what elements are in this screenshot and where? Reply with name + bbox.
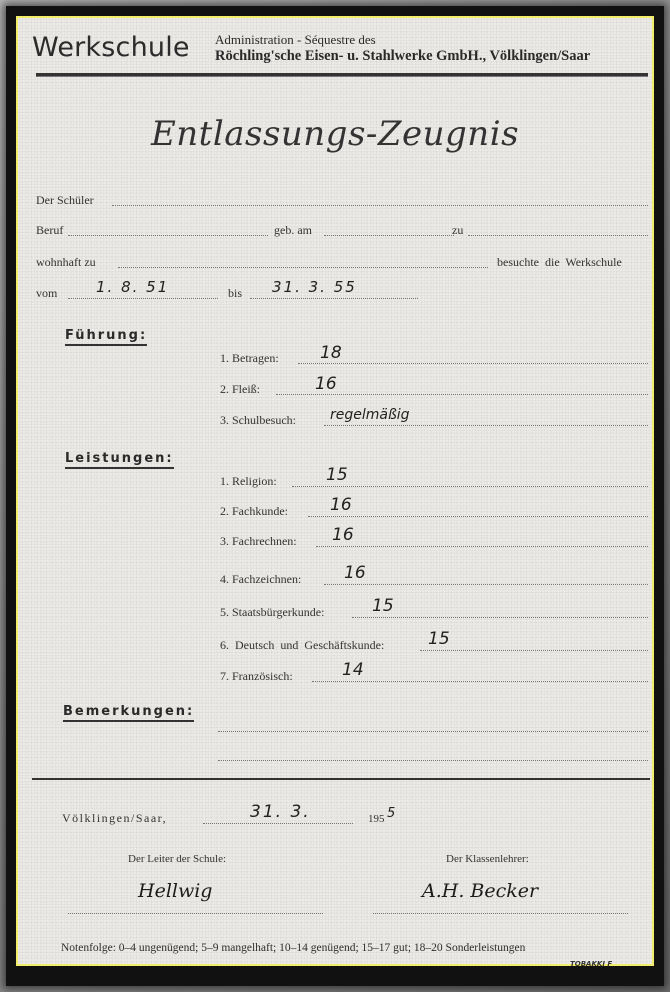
header-rule	[36, 73, 648, 77]
fuehrung-item-value: 18	[320, 343, 342, 363]
date-field[interactable]	[203, 823, 353, 824]
fuehrung-item-value: 16	[315, 374, 337, 394]
leistungen-item-label: 6. Deutsch und Geschäftskunde:	[220, 638, 384, 653]
place-label: Völklingen/Saar,	[62, 811, 167, 826]
wohnhaft-field[interactable]	[118, 267, 488, 268]
schueler-field[interactable]	[112, 205, 648, 206]
header-admin-line: Administration - Séquestre des	[215, 32, 376, 48]
printer-mark: TOBAKKI F	[570, 960, 612, 968]
leistungen-item-value: 16	[344, 563, 366, 583]
vom-label: vom	[36, 286, 57, 301]
fuehrung-item-label: 2. Fleiß:	[220, 382, 260, 397]
leistungen-item-label: 1. Religion:	[220, 474, 277, 489]
leistungen-item-field[interactable]	[316, 546, 648, 547]
document-title: Entlassungs-Zeugnis	[18, 114, 652, 154]
leistungen-item-value: 15	[372, 596, 394, 616]
leistungen-item-value: 16	[330, 495, 352, 515]
date-value: 31. 3.	[250, 802, 311, 822]
leistungen-item-value: 15	[428, 629, 450, 649]
school-head-label: Der Leiter der Schule:	[128, 853, 226, 865]
leistungen-item-field[interactable]	[308, 516, 648, 517]
beruf-label: Beruf	[36, 223, 63, 238]
class-teacher-signature-line	[373, 913, 628, 914]
fuehrung-item-field[interactable]	[298, 363, 648, 364]
leistungen-item-label: 7. Französisch:	[220, 669, 293, 684]
bemerkungen-line[interactable]	[218, 731, 648, 732]
leistungen-item-value: 14	[342, 660, 364, 680]
header-company-line: Röchling'sche Eisen- u. Stahlwerke GmbH.…	[215, 48, 590, 65]
bis-label: bis	[228, 286, 242, 301]
class-teacher-signature: A.H. Becker	[422, 880, 538, 902]
fuehrung-item-field[interactable]	[324, 425, 648, 426]
geb-label: geb. am	[274, 223, 312, 238]
leistungen-item-field[interactable]	[312, 681, 648, 682]
vom-value: 1. 8. 51	[96, 278, 169, 296]
leistungen-item-field[interactable]	[292, 486, 648, 487]
leistungen-item-value: 15	[326, 465, 348, 485]
schueler-label: Der Schüler	[36, 193, 94, 208]
school-head-signature-line	[68, 913, 323, 914]
fuehrung-item-label: 3. Schulbesuch:	[220, 413, 296, 428]
beruf-field[interactable]	[68, 235, 268, 236]
school-logo-text: Werkschule	[32, 32, 190, 63]
leistungen-item-label: 3. Fachrechnen:	[220, 534, 297, 549]
leistungen-item-field[interactable]	[420, 650, 648, 651]
grading-scale: Notenfolge: 0–4 ungenügend; 5–9 mangelha…	[61, 942, 525, 954]
vom-field[interactable]	[68, 298, 218, 299]
year-prefix: 195	[368, 813, 385, 825]
section-divider	[32, 778, 650, 780]
geb-field[interactable]	[324, 235, 454, 236]
leistungen-item-value: 16	[332, 525, 354, 545]
bemerkungen-line[interactable]	[218, 760, 648, 761]
leistungen-item-label: 2. Fachkunde:	[220, 504, 288, 519]
bemerkungen-heading: Bemerkungen:	[63, 704, 194, 722]
fuehrung-item-field[interactable]	[276, 394, 648, 395]
school-head-signature: Hellwig	[138, 880, 212, 902]
fuehrung-item-label: 1. Betragen:	[220, 351, 279, 366]
year-suffix: 5	[387, 806, 395, 821]
fuehrung-item-value: regelmäßig	[330, 407, 410, 423]
leistungen-heading: Leistungen:	[65, 451, 174, 469]
certificate-paper: Werkschule Administration - Séquestre de…	[18, 18, 652, 964]
leistungen-item-field[interactable]	[324, 584, 648, 585]
leistungen-item-field[interactable]	[352, 617, 648, 618]
leistungen-item-label: 5. Staatsbürgerkunde:	[220, 605, 324, 620]
photo-frame: Werkschule Administration - Séquestre de…	[6, 6, 664, 986]
bis-value: 31. 3. 55	[272, 278, 357, 296]
wohnhaft-label: wohnhaft zu	[36, 255, 96, 270]
leistungen-item-label: 4. Fachzeichnen:	[220, 572, 301, 587]
bis-field[interactable]	[250, 298, 418, 299]
zu-label: zu	[452, 223, 463, 238]
class-teacher-label: Der Klassenlehrer:	[446, 853, 529, 865]
besuchte-label: besuchte die Werkschule	[497, 255, 622, 270]
zu-field[interactable]	[468, 235, 648, 236]
fuehrung-heading: Führung:	[65, 328, 147, 346]
